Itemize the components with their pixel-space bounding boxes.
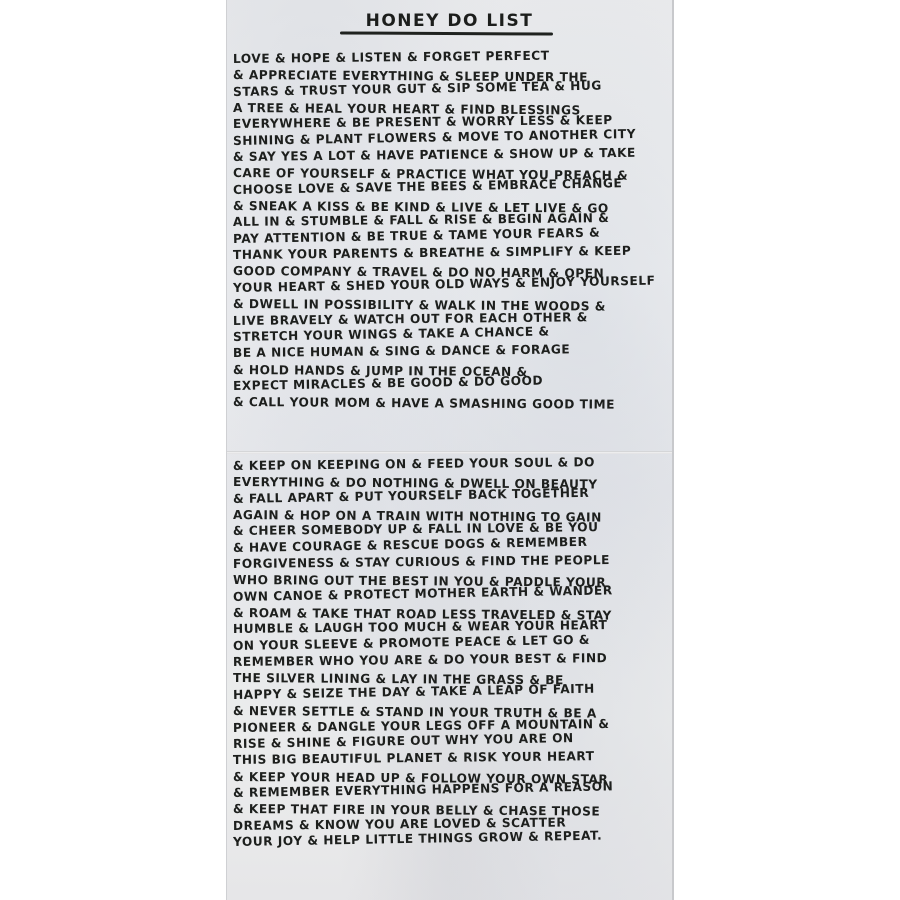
artwork-title: HONEY DO LIST xyxy=(227,11,672,31)
text-line: & CALL YOUR MOM & HAVE A SMASHING GOOD T… xyxy=(233,394,664,413)
text-line: THIS BIG BEAUTIFUL PLANET & RISK YOUR HE… xyxy=(233,748,664,769)
text-line: & SAY YES A LOT & HAVE PATIENCE & SHOW U… xyxy=(233,145,664,166)
text-line: REMEMBER WHO YOU ARE & DO YOUR BEST & FI… xyxy=(233,650,664,671)
text-line: & KEEP ON KEEPING ON & FEED YOUR SOUL & … xyxy=(233,453,664,474)
title-underline xyxy=(340,31,553,35)
text-line: BE A NICE HUMAN & SING & DANCE & FORAGE xyxy=(233,341,664,362)
text-line: FORGIVENESS & STAY CURIOUS & FIND THE PE… xyxy=(233,552,664,573)
bottom-panel-text: & KEEP ON KEEPING ON & FEED YOUR SOUL & … xyxy=(233,458,673,850)
top-panel-text: LOVE & HOPE & LISTEN & FORGET PERFECT & … xyxy=(233,51,673,411)
artwork-canvas: HONEY DO LIST LOVE & HOPE & LISTEN & FOR… xyxy=(226,0,674,900)
text-line: LOVE & HOPE & LISTEN & FORGET PERFECT xyxy=(233,46,664,67)
text-line: THANK YOUR PARENTS & BREATHE & SIMPLIFY … xyxy=(233,243,664,264)
